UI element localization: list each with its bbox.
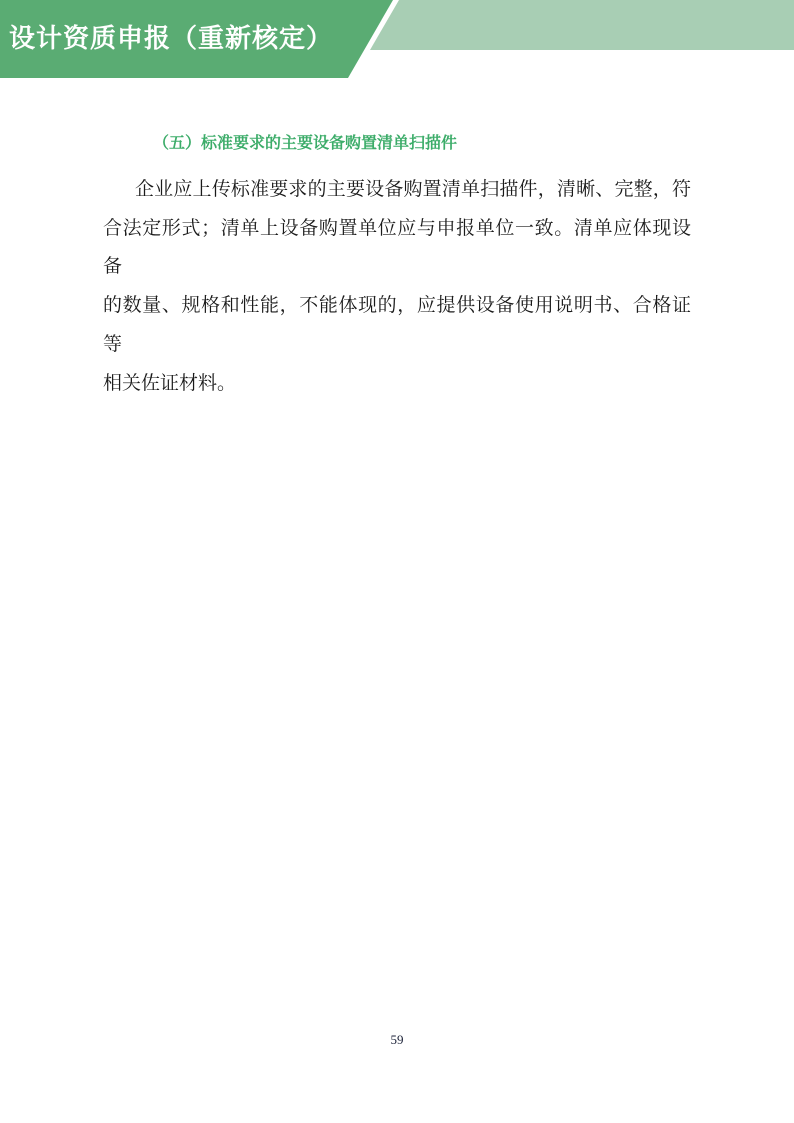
section-heading: （五）标准要求的主要设备购置清单扫描件 — [103, 131, 691, 157]
paragraph-line: 合法定形式；清单上设备购置单位应与申报单位一致。清单应体现设备 — [103, 210, 691, 287]
main-content: （五）标准要求的主要设备购置清单扫描件 企业应上传标准要求的主要设备购置清单扫描… — [103, 131, 691, 403]
page-header: 设计资质申报（重新核定） — [0, 0, 794, 82]
document-page: { "header": { "banner_title": "设计资质申报（重新… — [0, 0, 794, 1123]
page-number: 59 — [391, 1032, 404, 1047]
paragraph-line: 相关佐证材料。 — [103, 365, 691, 404]
header-banner-title: 设计资质申报（重新核定） — [0, 18, 333, 61]
body-paragraph: 企业应上传标准要求的主要设备购置清单扫描件，清晰、完整，符 合法定形式；清单上设… — [103, 171, 691, 403]
header-accent-band — [370, 0, 794, 50]
paragraph-line: 的数量、规格和性能，不能体现的，应提供设备使用说明书、合格证等 — [103, 287, 691, 364]
paragraph-line: 企业应上传标准要求的主要设备购置清单扫描件，清晰、完整，符 — [103, 171, 691, 210]
header-banner: 设计资质申报（重新核定） — [0, 0, 393, 78]
page-footer: 59 — [0, 1031, 794, 1049]
